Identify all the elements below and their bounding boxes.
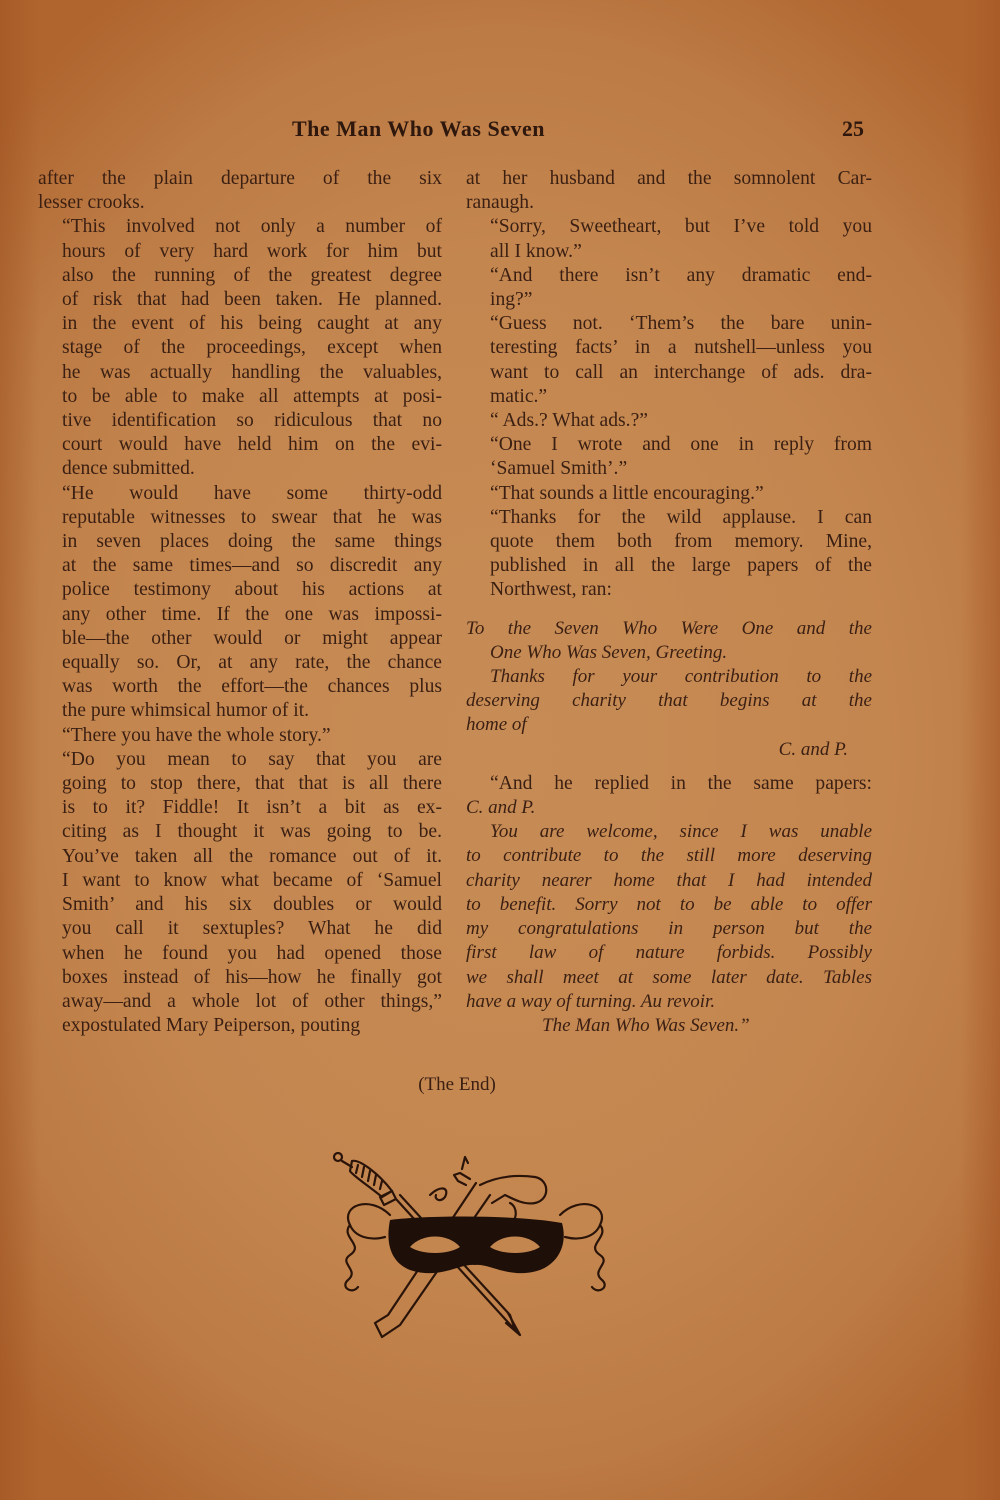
text-line: Northwest, ran: (466, 578, 872, 602)
text-line: all I know.” (466, 240, 872, 264)
text-line: stage of the proceedings, except when (38, 336, 442, 360)
ad-one-body-line: deserving charity that begins at the (466, 689, 872, 713)
text-line: any other time. If the one was impossi- (38, 603, 442, 627)
text-line: when he found you had opened those (38, 942, 442, 966)
text-line: is to it? Fiddle! It isn’t a bit as ex- (38, 796, 442, 820)
paragraph: at her husband and the somnolent Car-ran… (466, 167, 872, 215)
ad-two-body-line: charity nearer home that I had intended (466, 869, 872, 893)
text-line: in seven places doing the same things (38, 530, 442, 554)
text-line: of risk that had been taken. He planned. (38, 288, 442, 312)
text-line: in the event of his being caught at any (38, 312, 442, 336)
text-line: You’ve taken all the romance out of it. (38, 845, 442, 869)
text-line: ranaugh. (466, 191, 872, 215)
ad-one-salutation-line: One Who Was Seven, Greeting. (466, 641, 872, 665)
paragraph: “Guess not. ‘Them’s the bare unin-terest… (466, 312, 872, 409)
paragraph: “That sounds a little encouraging.” (466, 482, 872, 506)
text-line: ble—the other would or might appear (38, 627, 442, 651)
running-head: The Man Who Was Seven 25 (0, 116, 1000, 146)
text-line: at her husband and the somnolent Car- (466, 167, 872, 191)
text-line: “That sounds a little encouraging.” (466, 482, 872, 506)
ad-one: To the Seven Who Were One and the One Wh… (466, 617, 872, 762)
text-line: going to stop there, that that is all th… (38, 772, 442, 796)
text-line: boxes instead of his—how he finally got (38, 966, 442, 990)
ad-two-signature: The Man Who Was Seven.” (466, 1014, 872, 1038)
ad-two-body-line: have a way of turning. Au revoir. (466, 990, 872, 1014)
ad-one-body-line: Thanks for your contribution to the (466, 665, 872, 689)
ad-two-body-line: to contribute to the still more deservin… (466, 844, 872, 868)
right-column-dialogue: at her husband and the somnolent Car-ran… (466, 167, 872, 603)
text-line: “There you have the whole story.” (38, 724, 442, 748)
text-line: away—and a whole lot of other things,” (38, 990, 442, 1014)
text-line: after the plain departure of the six (38, 167, 442, 191)
end-mark: (The End) (0, 1074, 1000, 1096)
ad-two-salutation: C. and P. (466, 796, 872, 820)
ad-two: C. and P. You are welcome, since I was u… (466, 796, 872, 1038)
paragraph: “Sorry, Sweetheart, but I’ve told youall… (466, 215, 872, 263)
reply-intro: “And he replied in the same papers: (466, 772, 872, 796)
text-line: “Do you mean to say that you are (38, 748, 442, 772)
right-column: at her husband and the somnolent Car-ran… (466, 167, 872, 1038)
running-title: The Man Who Was Seven (292, 116, 545, 142)
text-line: want to call an interchange of ads. dra- (466, 361, 872, 385)
text-line: “ Ads.? What ads.?” (466, 409, 872, 433)
paragraph: “ Ads.? What ads.?” (466, 409, 872, 433)
text-line: “This involved not only a number of (38, 215, 442, 239)
text-line: citing as I thought it was going to be. (38, 820, 442, 844)
ad-two-body-line: first law of nature forbids. Possibly (466, 941, 872, 965)
text-line: “Sorry, Sweetheart, but I’ve told you (466, 215, 872, 239)
ad-one-body-line: home of (466, 713, 872, 737)
text-line: dence submitted. (38, 457, 442, 481)
text-line: ing?” (466, 288, 872, 312)
ad-two-body-line: You are welcome, since I was unable (466, 820, 872, 844)
paragraph: “This involved not only a number ofhours… (38, 215, 442, 481)
page-edge-shadow-left (0, 0, 40, 1500)
text-line: lesser crooks. (38, 191, 442, 215)
text-line: “Guess not. ‘Them’s the bare unin- (466, 312, 872, 336)
paragraph: “Thanks for the wild applause. I canquot… (466, 506, 872, 603)
page-edge-shadow-right (960, 0, 1000, 1500)
text-line: the pure whimsical humor of it. (38, 699, 442, 723)
text-line: to be able to make all attempts at posi- (38, 385, 442, 409)
text-line: “He would have some thirty-odd (38, 482, 442, 506)
paragraph: “One I wrote and one in reply from‘Samue… (466, 433, 872, 481)
text-line: also the running of the greatest degree (38, 264, 442, 288)
text-line: at the same times—and so discredit any (38, 554, 442, 578)
text-line: Smith’ and his six doubles or would (38, 893, 442, 917)
ad-two-body-line: to benefit. Sorry not to be able to offe… (466, 893, 872, 917)
paragraph: “There you have the whole story.” (38, 724, 442, 748)
text-line: ‘Samuel Smith’.” (466, 457, 872, 481)
ad-one-salutation-line: To the Seven Who Were One and the (466, 617, 872, 641)
text-line: hours of very hard work for him but (38, 240, 442, 264)
text-line: equally so. Or, at any rate, the chance (38, 651, 442, 675)
text-line: police testimony about his actions at (38, 578, 442, 602)
text-line: published in all the large papers of the (466, 554, 872, 578)
text-line: “One I wrote and one in reply from (466, 433, 872, 457)
text-line: was worth the effort—the chances plus (38, 675, 442, 699)
ad-one-signature: C. and P. (466, 738, 872, 762)
left-column: after the plain departure of the sixless… (38, 167, 442, 1038)
ad-two-body-line: my congratulations in person but the (466, 917, 872, 941)
reply-intro-text: “And he replied in the same papers: (466, 772, 872, 796)
paragraph: after the plain departure of the sixless… (38, 167, 442, 215)
mask-dagger-pistol-icon (330, 1145, 620, 1345)
text-line: quote them both from memory. Mine, (466, 530, 872, 554)
text-line: I want to know what became of ‘Samuel (38, 869, 442, 893)
text-line: matic.” (466, 385, 872, 409)
text-line: “And there isn’t any dramatic end- (466, 264, 872, 288)
paragraph: “Do you mean to say that you aregoing to… (38, 748, 442, 1038)
paragraph: “And there isn’t any dramatic end-ing?” (466, 264, 872, 312)
text-line: he was actually handling the valuables, (38, 361, 442, 385)
ad-two-body-line: we shall meet at some later date. Tables (466, 966, 872, 990)
page-number: 25 (842, 116, 864, 142)
text-line: teresting facts’ in a nutshell—unless yo… (466, 336, 872, 360)
text-line: you call it sextuples? What he did (38, 917, 442, 941)
text-line: “Thanks for the wild applause. I can (466, 506, 872, 530)
text-line: court would have held him on the evi- (38, 433, 442, 457)
text-line: tive identification so ridiculous that n… (38, 409, 442, 433)
paragraph: “He would have some thirty-oddreputable … (38, 482, 442, 724)
text-line: expostulated Mary Peiperson, pouting (38, 1014, 442, 1038)
text-line: reputable witnesses to swear that he was (38, 506, 442, 530)
